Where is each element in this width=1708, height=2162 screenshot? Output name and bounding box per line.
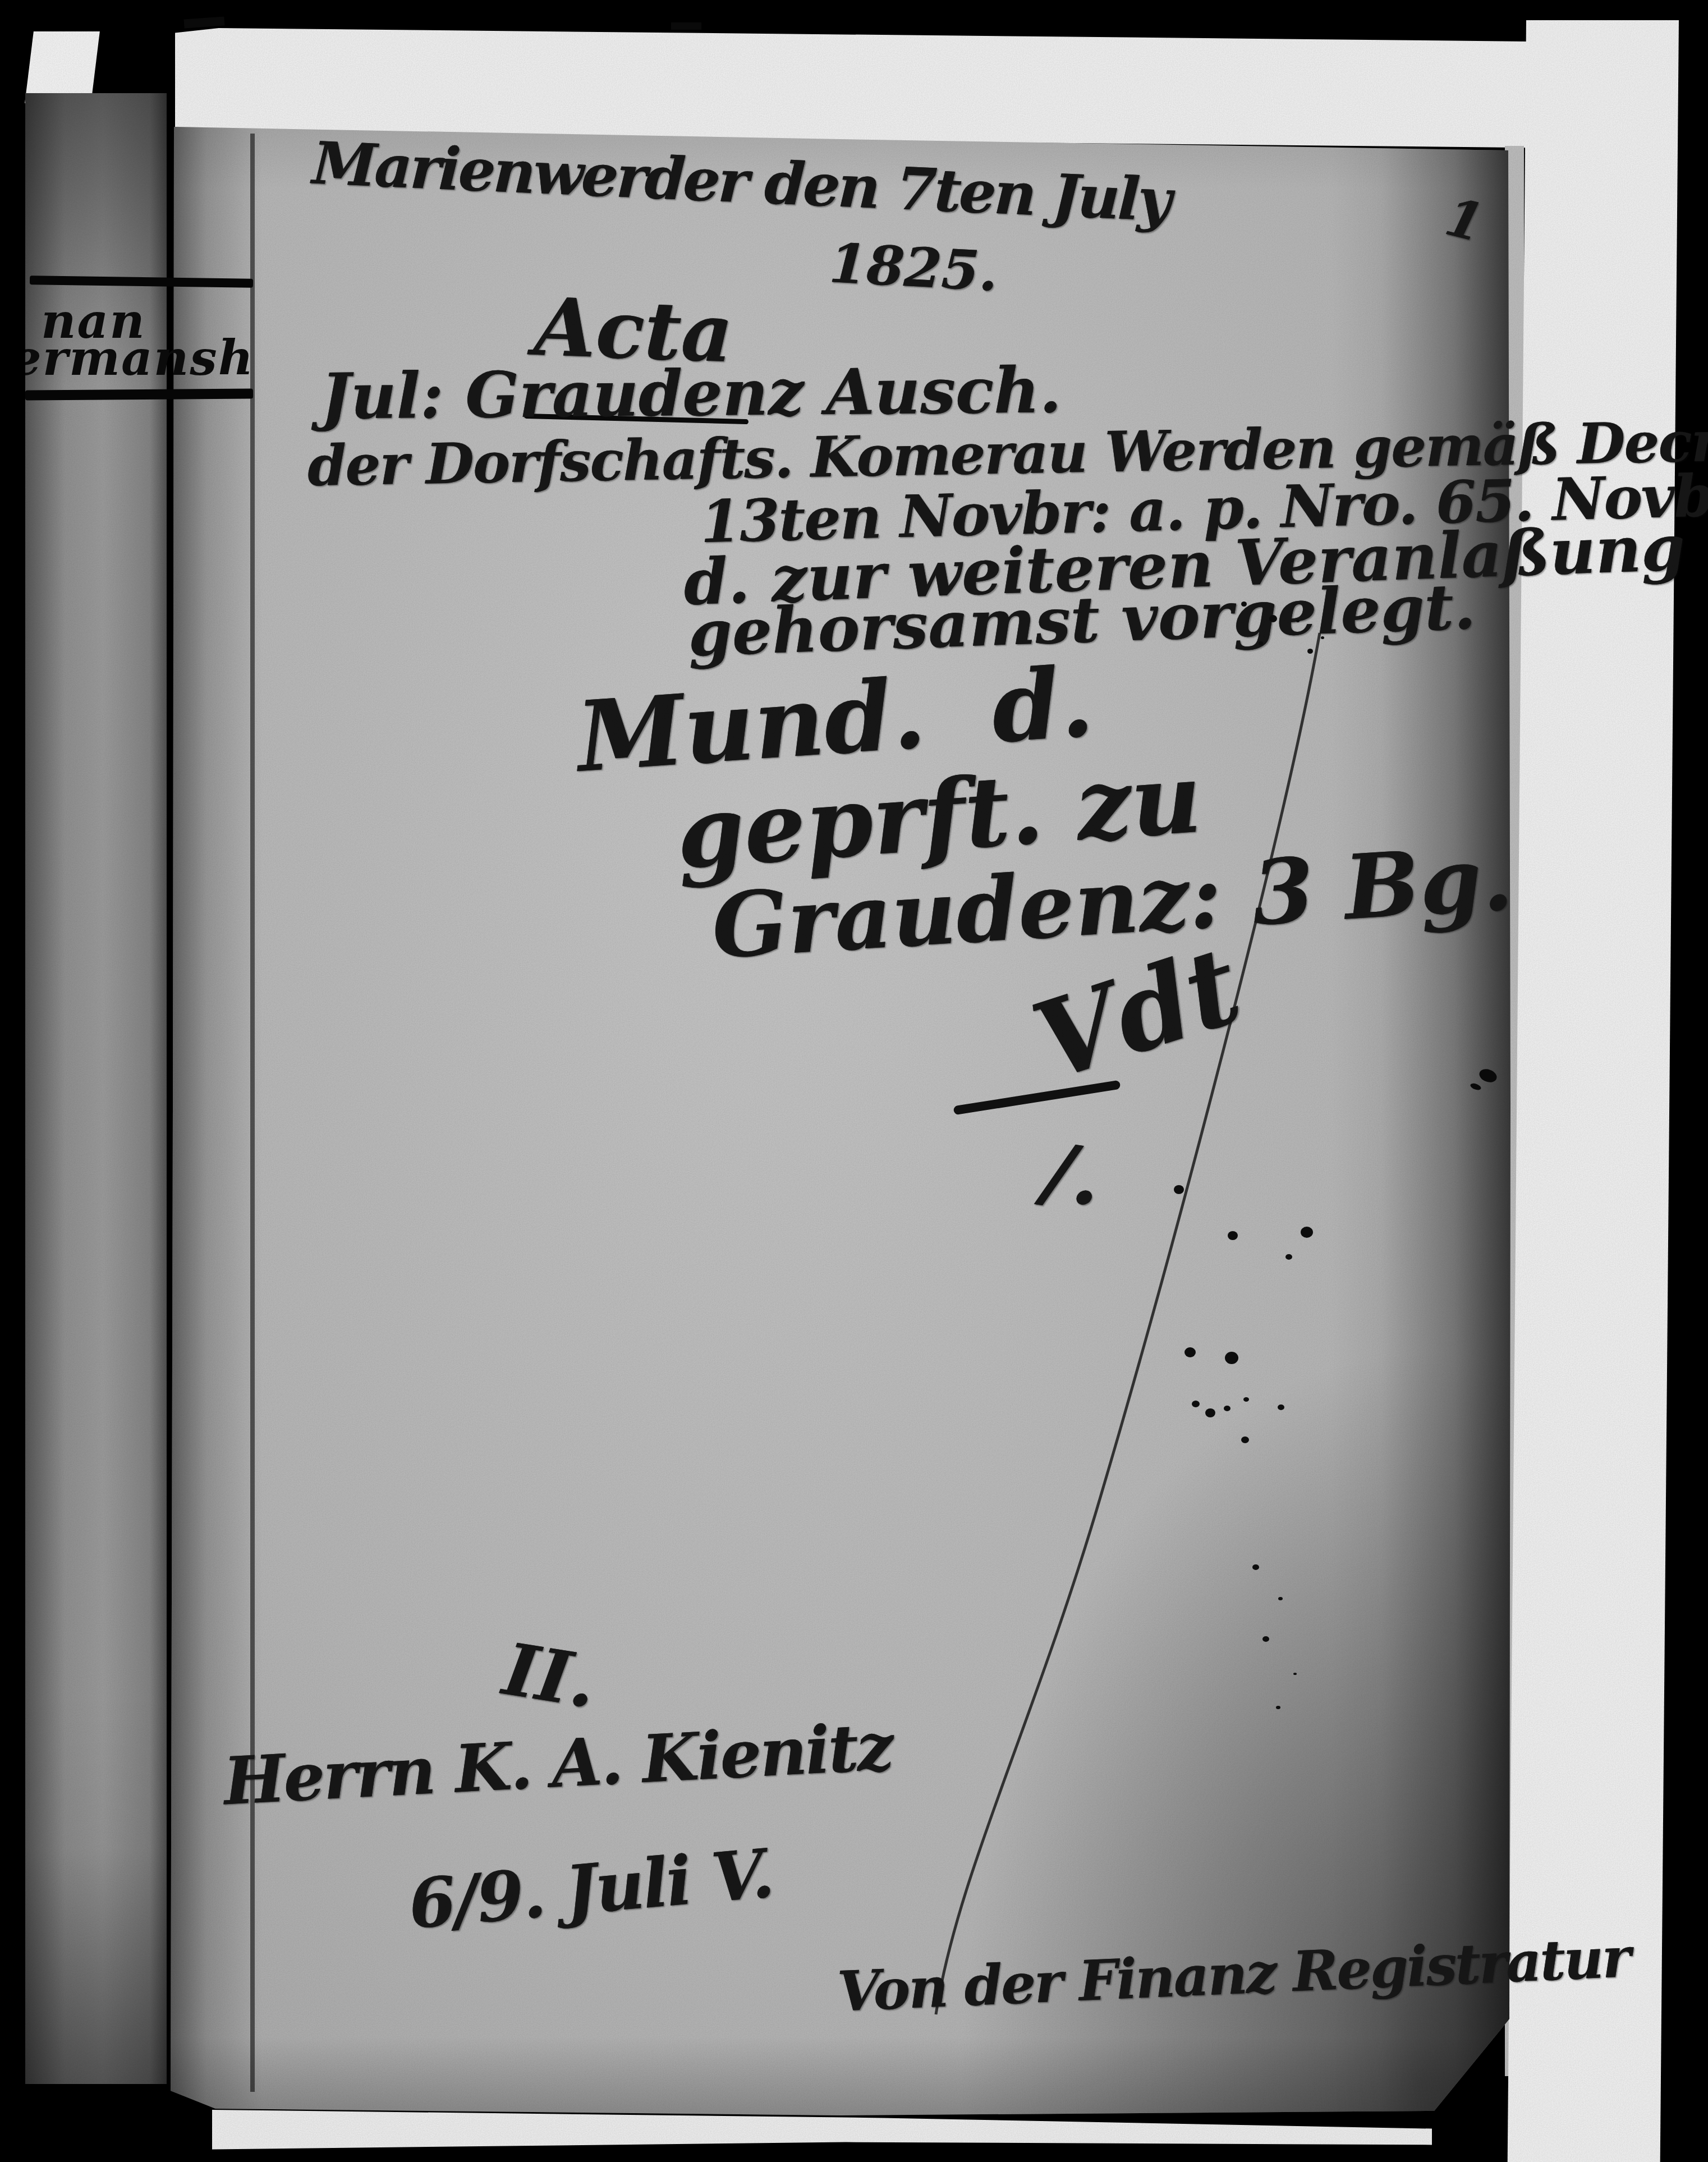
page-corner-tab — [25, 31, 100, 103]
scan-artifact-mark — [671, 22, 701, 30]
dateline-year: 1825. — [828, 231, 999, 304]
spine-label-zone: nan ermanshen. — [25, 264, 253, 421]
ink-specks — [1174, 1185, 1184, 1194]
scan-artifact-mark — [184, 17, 225, 29]
spine-ruled-line — [30, 276, 253, 288]
ink-specks — [1252, 1564, 1259, 1570]
spine-label-fragment: ermanshen. — [25, 330, 253, 387]
underlying-page-right-edge — [1508, 20, 1679, 2162]
archival-scan: nan ermanshen. Marienwerder den 7ten Jul… — [0, 0, 1708, 2162]
item-numeral: II. — [498, 1627, 602, 1725]
ink-specks — [1241, 602, 1247, 607]
spine-ruled-line — [25, 389, 253, 401]
subject-line: Jul: Graudenz Ausch. — [320, 354, 1062, 434]
underlying-page-top-edge — [175, 28, 1632, 149]
